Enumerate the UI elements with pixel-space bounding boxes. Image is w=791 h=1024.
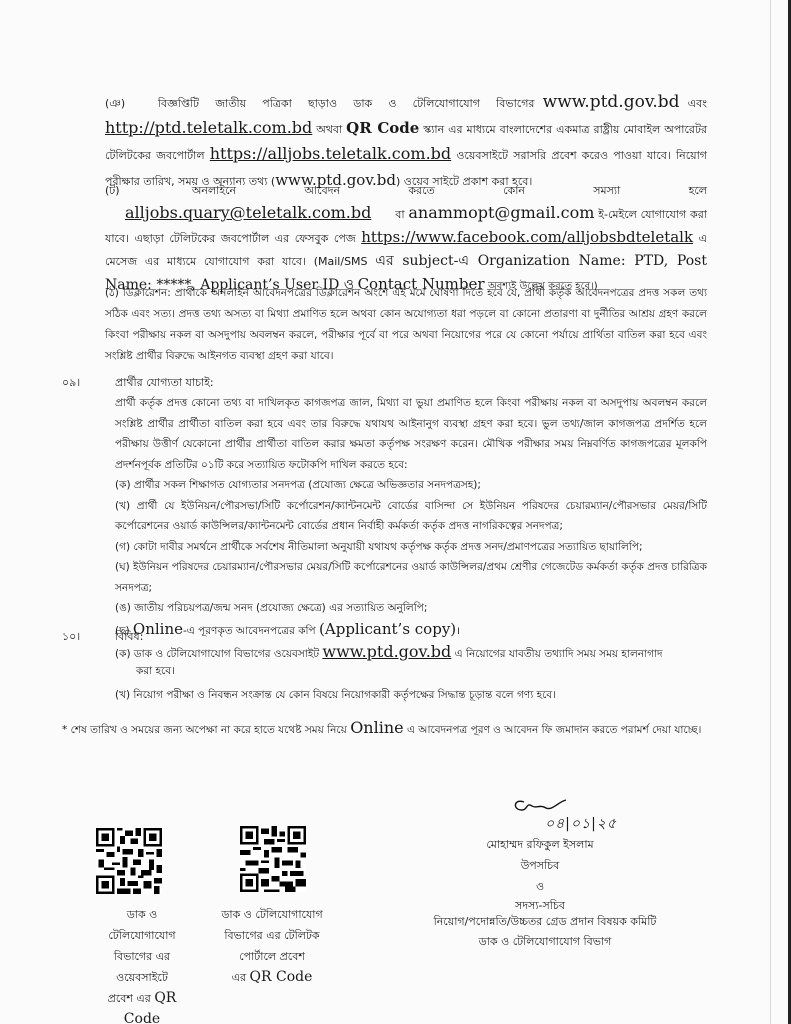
section-tha-declaration: (ঠ) ডিক্লারেশন: প্রার্থীকে অনলাইন আবেদনপ… xyxy=(105,283,707,367)
teletalk-portal-qr-code xyxy=(240,826,306,892)
qr-caption-ptd-website: ডাক ও টেলিযোগাযোগ বিভাগের এর ওয়েবসাইটে … xyxy=(92,904,192,1024)
item-umo: (ঙ) জাতীয় পরিচয়পত্র/জন্ম সনদ (প্রযোজ্য… xyxy=(115,598,707,619)
signatory-designation: উপসচিব xyxy=(440,857,640,876)
ptd-teletalk-link[interactable]: http://ptd.teletalk.com.bd xyxy=(105,118,312,137)
item-kha: (খ) প্রার্থী যে ইউনিয়ন/পৌরসভা/সিটি কর্প… xyxy=(115,496,707,537)
section-09-number: ০৯। xyxy=(62,374,80,393)
page-fold-line xyxy=(770,0,771,1024)
section-ja: (ঞ) বিজ্ঞপ্তিটি জাতীয় পত্রিকা ছাড়াও ডা… xyxy=(105,90,707,194)
section-09-intro: প্রার্থী কর্তৃক প্রদত্ত কোনো তথ্য বা দাখ… xyxy=(115,393,707,475)
signatory-committee: নিয়োগ/পদোন্নতি/উচ্চতর গ্রেড প্রদান বিষয… xyxy=(395,913,695,932)
signatory-and: ও xyxy=(440,878,640,897)
section-ta: (ট) অনলাইনে আবেদন করতে কোন সমস্যা হলে al… xyxy=(105,180,707,298)
item-cha: (ছ) Online-এ পূরণকৃত আবেদনপত্রের কপি (Ap… xyxy=(115,619,707,642)
advisory-note: * শেষ তারিখ ও সময়ের জন্য অপেক্ষা না করে… xyxy=(62,717,712,741)
signature-date: ০৪|০১|২৫ xyxy=(545,812,617,836)
signatory-name: মোহাম্মদ রফিকুল ইসলাম xyxy=(440,836,640,855)
qr-caption-teletalk-portal: ডাক ও টেলিযোগাযোগ বিভাগের এর টেলিটক পোর্… xyxy=(207,904,337,988)
section-10-item-ka-cont: করা হবে। xyxy=(136,664,175,681)
section-10-item-ka: (ক) ডাক ও টেলিযোগাযোগ বিভাগের ওয়েবসাইট … xyxy=(115,641,715,665)
facebook-link[interactable]: https://www.facebook.com/alljobsbdteleta… xyxy=(361,228,693,246)
section-09-items: (ক) প্রার্থীর সকল শিক্ষাগত যোগ্যতার সনদপ… xyxy=(115,475,707,641)
section-10-number: ১০। xyxy=(62,628,80,647)
item-ga: (গ) কোটা দাবীর সমর্থনে প্রার্থীকে সর্বশে… xyxy=(115,537,707,558)
ptd-link[interactable]: www.ptd.gov.bd xyxy=(543,92,680,112)
alljobs-link[interactable]: https://alljobs.teletalk.com.bd xyxy=(210,144,451,163)
teletalk-email-link[interactable]: alljobs.quary@teletalk.com.bd xyxy=(125,203,371,222)
section-09-heading: প্রার্থীর যোগ্যতা যাচাই: xyxy=(115,374,214,393)
gmail-email[interactable]: anammopt@gmail.com xyxy=(408,203,594,222)
section-10-item-kha: (খ) নিয়োগ পরীক্ষা ও নিবন্ধন সংক্রান্ত য… xyxy=(115,688,556,705)
ptd-website-qr-code xyxy=(96,828,162,894)
item-gha: (ঘ) ইউনিয়ন পরিষদের চেয়ারম্যান/পৌরসভার … xyxy=(115,557,707,598)
signatory-department: ডাক ও টেলিযোগাযোগ বিভাগ xyxy=(395,933,695,952)
item-ka: (ক) প্রার্থীর সকল শিক্ষাগত যোগ্যতার সনদপ… xyxy=(115,475,707,496)
ptd-link-3[interactable]: www.ptd.gov.bd xyxy=(322,642,451,661)
